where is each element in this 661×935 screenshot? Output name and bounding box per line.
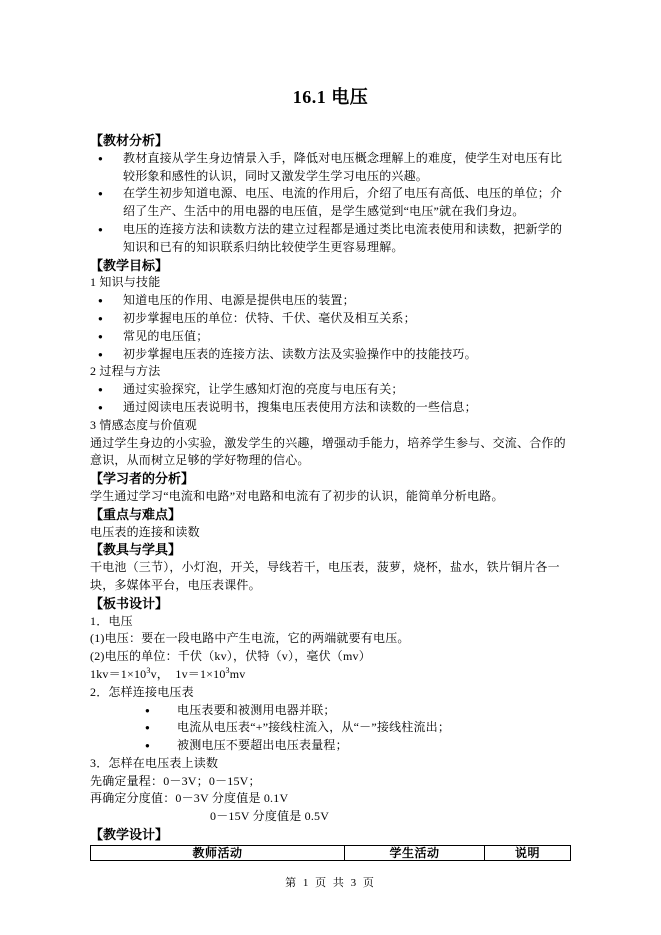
bullet-icon: ●: [98, 328, 103, 346]
paragraph: 2 过程与方法: [90, 363, 571, 381]
bullet-icon: ●: [98, 185, 103, 203]
section-heading-textbook-analysis: 【教材分析】: [90, 132, 571, 150]
formula-part: v， 1v＝1×10: [151, 667, 226, 681]
paragraph: 3．怎样在电压表上读数: [90, 755, 571, 773]
paragraph: 先确定量程：0－3V；0－15V；: [90, 773, 571, 791]
sub-bullet-item: ● 电流从电压表“+”接线柱流入，从“－”接线柱流出；: [90, 719, 571, 737]
paragraph: (1)电压：要在一段电路中产生电流，它的两端就要有电压。: [90, 630, 571, 648]
column-header-teacher-activity: 教师活动: [91, 845, 345, 860]
column-header-notes: 说明: [485, 845, 571, 860]
paragraph: 1 知识与技能: [90, 274, 571, 292]
bullet-item: ● 通过实验探究，让学生感知灯泡的亮度与电压有关；: [90, 381, 571, 399]
paragraph: 3 情感态度与价值观: [90, 417, 571, 435]
page-number-footer: 第 1 页 共 3 页: [90, 874, 571, 890]
page-title: 16.1 电压: [90, 86, 571, 108]
formula-part: mv: [230, 667, 246, 681]
bullet-icon: ●: [98, 150, 103, 168]
bullet-text: 电压的连接方法和读数方法的建立过程都是通过类比电流表使用和读数，把新学的知识和已…: [123, 222, 562, 254]
bullet-item: ● 初步掌握电压的单位：伏特、千伏、毫伏及相互关系；: [90, 310, 571, 328]
bullet-icon: ●: [145, 702, 150, 720]
formula-part: 1kv＝1×10: [90, 667, 146, 681]
bullet-icon: ●: [98, 292, 103, 310]
section-heading-teaching-aids: 【教具与学具】: [90, 541, 571, 559]
paragraph: (2)电压的单位：千伏（kv），伏特（v），毫伏（mv）: [90, 648, 571, 666]
bullet-text: 电流从电压表“+”接线柱流入，从“－”接线柱流出；: [177, 720, 450, 734]
paragraph: 通过学生身边的小实验，激发学生的兴趣，增强动手能力，培养学生参与、交流、合作的意…: [90, 435, 571, 471]
sub-bullet-item: ● 被测电压不要超出电压表量程；: [90, 737, 571, 755]
indented-line: 0－15V 分度值是 0.5V: [90, 808, 571, 826]
document-page: 16.1 电压 【教材分析】 ● 教材直接从学生身边情景入手，降低对电压概念理解…: [0, 0, 661, 935]
bullet-text: 电压表要和被测用电器并联；: [177, 703, 336, 717]
column-header-student-activity: 学生活动: [345, 845, 485, 860]
paragraph: 学生通过学习“电流和电路”对电路和电流有了初步的认识，能简单分析电路。: [90, 488, 571, 506]
bullet-text: 通过实验探究，让学生感知灯泡的亮度与电压有关；: [123, 382, 404, 396]
sub-bullet-item: ● 电压表要和被测用电器并联；: [90, 702, 571, 720]
section-heading-board-design: 【板书设计】: [90, 595, 571, 613]
page-content: 16.1 电压 【教材分析】 ● 教材直接从学生身边情景入手，降低对电压概念理解…: [0, 0, 661, 890]
paragraph: 1．电压: [90, 613, 571, 631]
bullet-text: 知道电压的作用、电源是提供电压的装置；: [123, 293, 355, 307]
bullet-icon: ●: [145, 737, 150, 755]
bullet-icon: ●: [98, 381, 103, 399]
bullet-text: 通过阅读电压表说明书，搜集电压表使用方法和读数的一些信息；: [123, 400, 477, 414]
section-heading-key-points: 【重点与难点】: [90, 506, 571, 524]
bullet-text: 被测电压不要超出电压表量程；: [177, 738, 348, 752]
unit-conversion-formula: 1kv＝1×103v， 1v＝1×103mv: [90, 666, 571, 684]
bullet-text: 教材直接从学生身边情景入手，降低对电压概念理解上的难度，使学生对电压有比较形象和…: [123, 151, 562, 183]
bullet-text: 在学生初步知道电源、电压、电流的作用后，介绍了电压有高低、电压的单位；介绍了生产…: [123, 186, 562, 218]
section-heading-teaching-design: 【教学设计】: [90, 826, 571, 844]
bullet-text: 初步掌握电压表的连接方法、读数方法及实验操作中的技能技巧。: [123, 347, 477, 361]
bullet-item: ● 常见的电压值；: [90, 328, 571, 346]
bullet-item: ● 电压的连接方法和读数方法的建立过程都是通过类比电流表使用和读数，把新学的知识…: [90, 221, 571, 257]
table-header-row: 教师活动 学生活动 说明: [91, 845, 571, 860]
bullet-icon: ●: [98, 310, 103, 328]
bullet-item: ● 知道电压的作用、电源是提供电压的装置；: [90, 292, 571, 310]
paragraph: 电压表的连接和读数: [90, 524, 571, 542]
bullet-icon: ●: [98, 221, 103, 239]
paragraph: 再确定分度值：0－3V 分度值是 0.1V: [90, 790, 571, 808]
paragraph: 2．怎样连接电压表: [90, 684, 571, 702]
bullet-text: 初步掌握电压的单位：伏特、千伏、毫伏及相互关系；: [123, 311, 416, 325]
bullet-icon: ●: [98, 399, 103, 417]
bullet-icon: ●: [145, 719, 150, 737]
bullet-item: ● 在学生初步知道电源、电压、电流的作用后，介绍了电压有高低、电压的单位；介绍了…: [90, 185, 571, 221]
bullet-text: 常见的电压值；: [123, 329, 208, 343]
bullet-icon: ●: [98, 346, 103, 364]
bullet-item: ● 教材直接从学生身边情景入手，降低对电压概念理解上的难度，使学生对电压有比较形…: [90, 150, 571, 186]
section-heading-teaching-goals: 【教学目标】: [90, 257, 571, 275]
bullet-item: ● 通过阅读电压表说明书，搜集电压表使用方法和读数的一些信息；: [90, 399, 571, 417]
teaching-design-table: 教师活动 学生活动 说明: [90, 845, 571, 861]
bullet-item: ● 初步掌握电压表的连接方法、读数方法及实验操作中的技能技巧。: [90, 346, 571, 364]
section-heading-learner-analysis: 【学习者的分析】: [90, 470, 571, 488]
paragraph: 干电池（三节），小灯泡，开关，导线若干，电压表，菠萝，烧杯，盐水，铁片铜片各一块…: [90, 559, 571, 595]
